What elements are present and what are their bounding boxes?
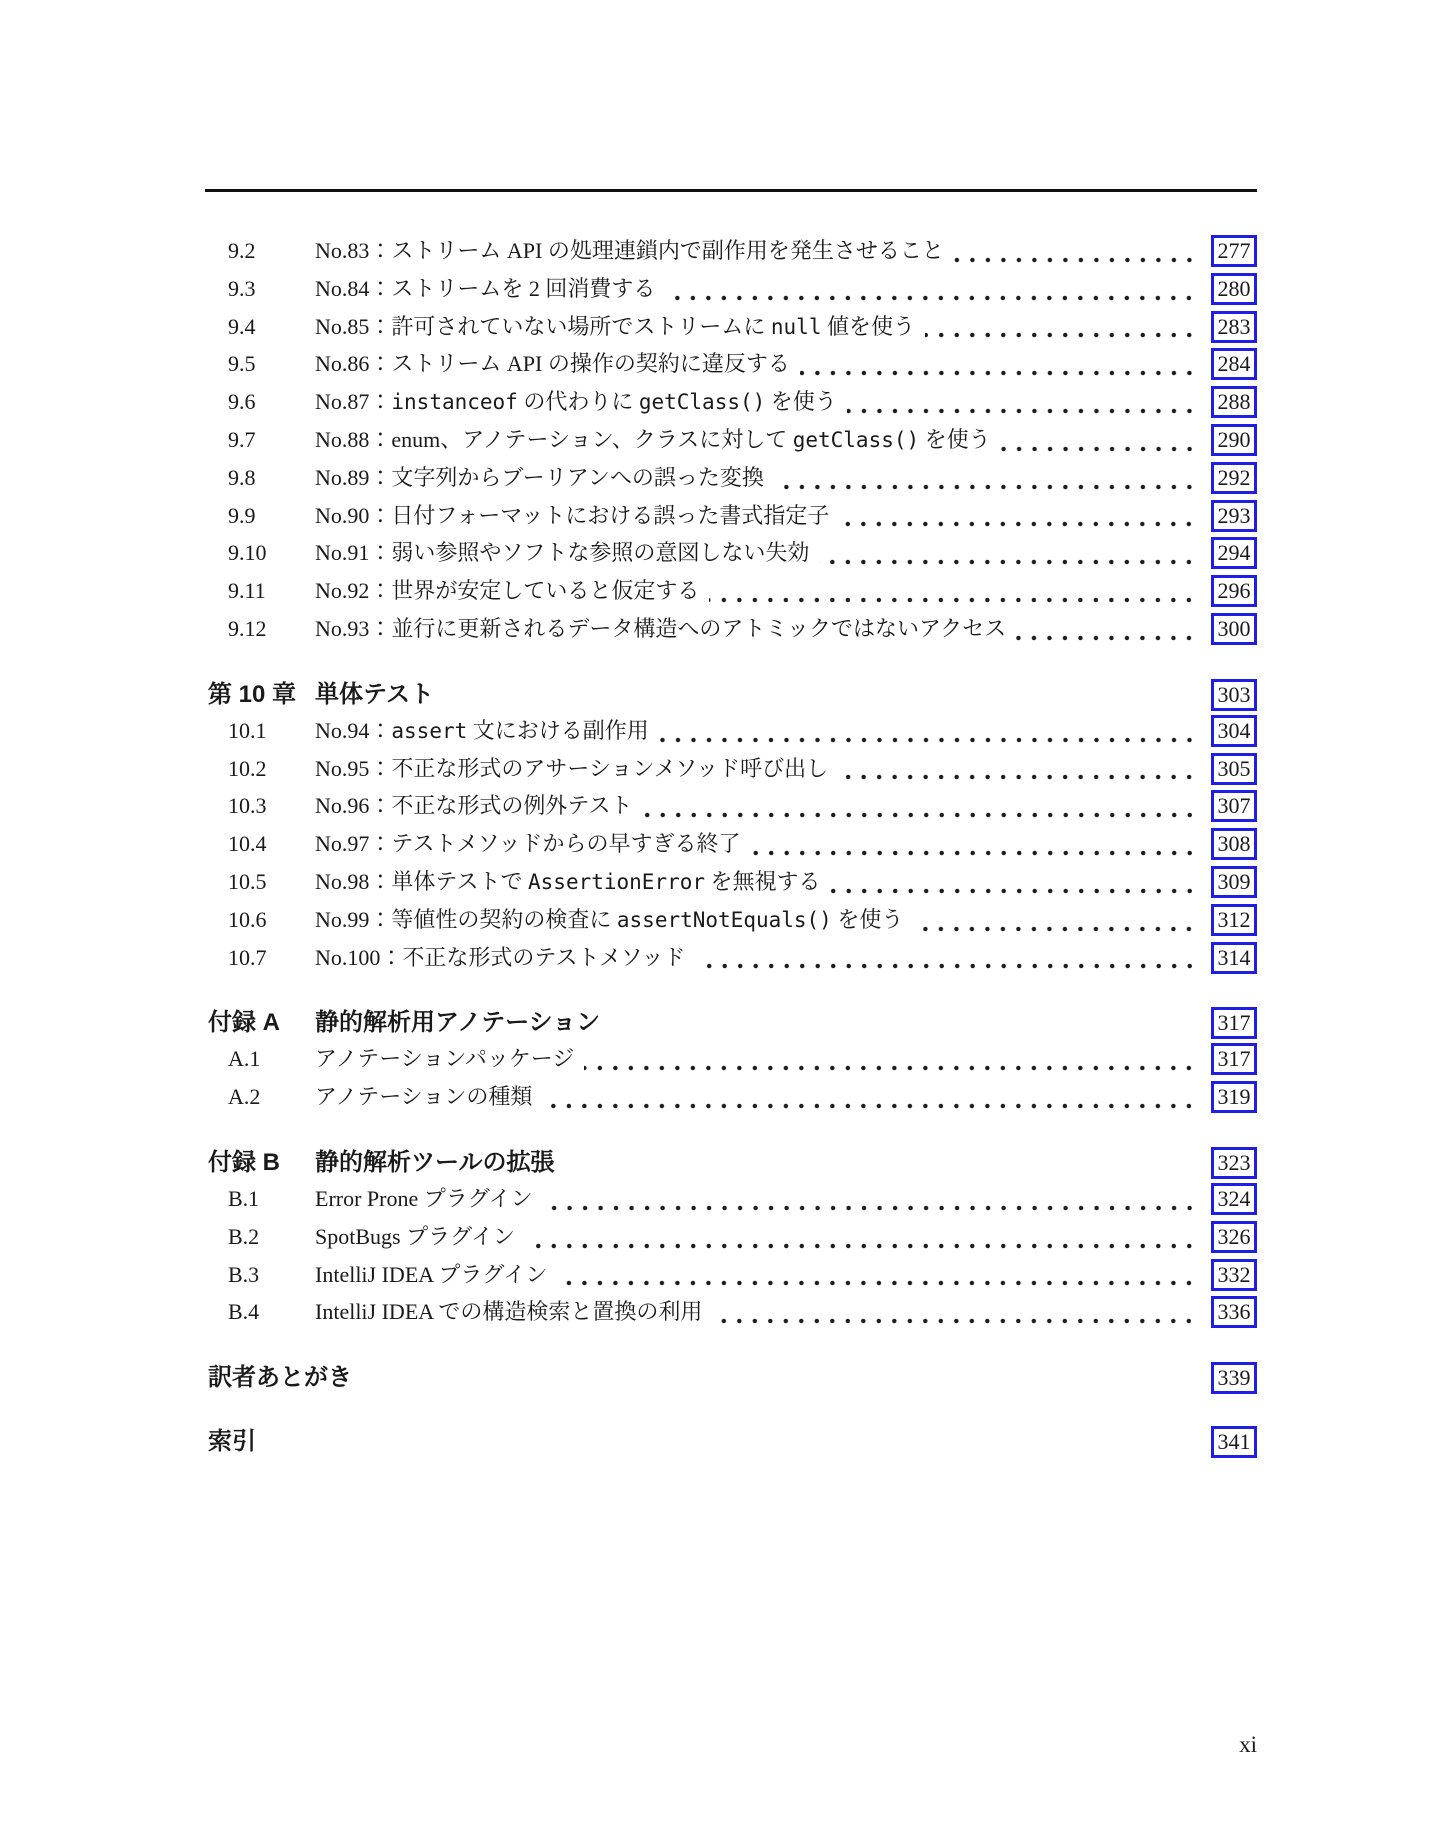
toc-entry-row[interactable]: 10.1No.94：assert 文における副作用304	[205, 714, 1257, 752]
toc-entry-title: No.98：単体テストで AssertionError を無視する	[315, 865, 821, 896]
toc-entry-number: A.2	[228, 1084, 315, 1110]
toc-chapter-row[interactable]: 第 10 章単体テスト303	[205, 674, 1257, 714]
toc-entry-title: No.100：不正な形式のテストメソッド	[315, 941, 686, 972]
page-number-link[interactable]: 292	[1211, 462, 1257, 494]
page-number-link[interactable]: 341	[1211, 1426, 1257, 1458]
toc-entry-title: No.92：世界が安定していると仮定する	[315, 574, 699, 605]
toc-entry-row[interactable]: 9.7No.88：enum、アノテーション、クラスに対して getClass()…	[205, 423, 1257, 461]
dot-leader	[696, 959, 1197, 973]
inline-code: getClass()	[793, 428, 919, 452]
toc-chapter-label: 付録 A	[208, 1002, 315, 1037]
toc-entry-row[interactable]: B.2SpotBugs プラグイン326	[205, 1220, 1257, 1258]
dot-leader	[542, 1099, 1197, 1113]
toc-entry-row[interactable]: 9.2No.83：ストリーム API の処理連鎖内で副作用を発生させること277	[205, 234, 1257, 272]
inline-code: null	[771, 315, 822, 339]
toc-entry-row[interactable]: B.3IntelliJ IDEA プラグイン332	[205, 1258, 1257, 1296]
toc-entry-number: B.2	[228, 1224, 315, 1250]
toc-entry-row[interactable]: 10.5No.98：単体テストで AssertionError を無視する309	[205, 865, 1257, 903]
toc-chapter-title: 訳者あとがき	[208, 1357, 352, 1392]
dot-leader	[774, 480, 1197, 494]
page-number-link[interactable]: 308	[1211, 828, 1257, 860]
toc-entry-row[interactable]: 10.7No.100：不正な形式のテストメソッド314	[205, 941, 1257, 979]
toc-entry-row[interactable]: 10.6No.99：等値性の契約の検査に assertNotEquals() を…	[205, 903, 1257, 941]
toc-entry-number: 9.10	[228, 540, 315, 566]
toc-entry-row[interactable]: 9.12No.93：並行に更新されるデータ構造へのアトミックではないアクセス30…	[205, 612, 1257, 650]
page-number-link[interactable]: 312	[1211, 904, 1257, 936]
dot-leader	[712, 1314, 1197, 1328]
toc-chapter-title: 静的解析用アノテーション	[315, 1002, 600, 1037]
toc-entry-row[interactable]: 10.4No.97：テストメソッドからの早すぎる終了308	[205, 827, 1257, 865]
toc-entry-title: No.86：ストリーム API の操作の契約に違反する	[315, 347, 790, 378]
dot-leader	[800, 366, 1197, 380]
dot-leader	[584, 1061, 1197, 1075]
toc-entry-title: No.84：ストリームを 2 回消費する	[315, 272, 655, 303]
toc-entry-number: 10.6	[228, 907, 315, 933]
toc-entry-title: No.90：日付フォーマットにおける誤った書式指定子	[315, 499, 829, 530]
page-number-link[interactable]: 332	[1211, 1259, 1257, 1291]
page-number-link[interactable]: 305	[1211, 753, 1257, 785]
toc-entry-title: No.99：等値性の契約の検査に assertNotEquals() を使う	[315, 903, 903, 934]
header-rule	[205, 189, 1257, 192]
dot-leader	[665, 291, 1197, 305]
dot-leader	[557, 1276, 1197, 1290]
page-number-link[interactable]: 336	[1211, 1296, 1257, 1328]
toc-entry-number: 10.5	[228, 869, 315, 895]
toc-entry-title: No.95：不正な形式のアサーションメソッド呼び出し	[315, 752, 828, 783]
page-number-link[interactable]: 326	[1211, 1221, 1257, 1253]
inline-code: getClass()	[639, 390, 765, 414]
page-number-link[interactable]: 324	[1211, 1183, 1257, 1215]
toc-entry-number: 9.4	[228, 314, 315, 340]
toc-entry-number: 9.6	[228, 389, 315, 415]
toc-entry-title: No.88：enum、アノテーション、クラスに対して getClass() を使…	[315, 423, 991, 454]
toc-entry-number: 9.8	[228, 465, 315, 491]
toc-chapter-title: 単体テスト	[315, 674, 434, 709]
page-number-link[interactable]: 283	[1211, 311, 1257, 343]
toc-entry-number: 10.3	[228, 793, 315, 819]
page-number-link[interactable]: 303	[1211, 679, 1257, 711]
toc-entry-title: Error Prone プラグイン	[315, 1182, 533, 1213]
toc-entry-title: No.83：ストリーム API の処理連鎖内で副作用を発生させること	[315, 234, 944, 265]
toc-entry-row[interactable]: 9.11No.92：世界が安定していると仮定する296	[205, 574, 1257, 612]
dot-leader	[954, 253, 1197, 267]
toc-chapter-row[interactable]: 付録 B静的解析ツールの拡張323	[205, 1142, 1257, 1182]
page-number-link[interactable]: 288	[1211, 386, 1257, 418]
toc-entry-number: 9.5	[228, 351, 315, 377]
toc-entry-title: No.87：instanceof の代わりに getClass() を使う	[315, 385, 837, 416]
toc-entry-row[interactable]: 9.6No.87：instanceof の代わりに getClass() を使う…	[205, 385, 1257, 423]
toc-entry-number: 9.7	[228, 427, 315, 453]
toc-chapter-title: 静的解析ツールの拡張	[315, 1142, 555, 1177]
toc-entry-row[interactable]: B.4IntelliJ IDEA での構造検索と置換の利用336	[205, 1295, 1257, 1333]
toc-entry-row[interactable]: A.2アノテーションの種類319	[205, 1080, 1257, 1118]
toc-entry-title: IntelliJ IDEA プラグイン	[315, 1258, 547, 1289]
dot-leader	[925, 328, 1197, 342]
inline-code: assertNotEquals()	[617, 908, 832, 932]
page-number-link[interactable]: 280	[1211, 273, 1257, 305]
dot-leader	[839, 517, 1197, 531]
dot-leader	[819, 555, 1197, 569]
toc-entry-row[interactable]: 10.2No.95：不正な形式のアサーションメソッド呼び出し305	[205, 752, 1257, 790]
toc-entry-title: IntelliJ IDEA での構造検索と置換の利用	[315, 1295, 702, 1326]
page-number-link[interactable]: 277	[1211, 235, 1257, 267]
toc-entry-row[interactable]: 10.3No.96：不正な形式の例外テスト307	[205, 789, 1257, 827]
toc-chapter-row[interactable]: 索引341	[205, 1421, 1257, 1461]
toc-entry-row[interactable]: B.1Error Prone プラグイン324	[205, 1182, 1257, 1220]
page-number-link[interactable]: 339	[1211, 1362, 1257, 1394]
toc-entry-row[interactable]: 9.4No.85：許可されていない場所でストリームに null 値を使う283	[205, 310, 1257, 348]
dot-leader	[1016, 631, 1197, 645]
toc-chapter-label: 第 10 章	[208, 674, 315, 709]
page-number-link[interactable]: 296	[1211, 575, 1257, 607]
toc-entry-number: 9.3	[228, 276, 315, 302]
dot-leader	[543, 1201, 1197, 1215]
dot-leader	[838, 770, 1197, 784]
toc-entry-number: 9.9	[228, 503, 315, 529]
toc-entry-number: B.3	[228, 1262, 315, 1288]
page-number-link[interactable]: 300	[1211, 613, 1257, 645]
toc-entry-row[interactable]: 9.10No.91：弱い参照やソフトな参照の意図しない失効294	[205, 536, 1257, 574]
toc-entry-title: アノテーションの種類	[315, 1080, 532, 1111]
toc-entry-number: 10.4	[228, 831, 315, 857]
dot-leader	[913, 922, 1197, 936]
toc-entry-title: SpotBugs プラグイン	[315, 1220, 515, 1251]
table-of-contents: 9.2No.83：ストリーム API の処理連鎖内で副作用を発生させること277…	[205, 234, 1257, 1461]
dot-leader	[643, 808, 1197, 822]
toc-entry-row[interactable]: 9.3No.84：ストリームを 2 回消費する280	[205, 272, 1257, 310]
page-number-link[interactable]: 294	[1211, 537, 1257, 569]
toc-chapter-row[interactable]: 付録 A静的解析用アノテーション317	[205, 1002, 1257, 1042]
inline-code: instanceof	[391, 390, 517, 414]
page-number-link[interactable]: 309	[1211, 866, 1257, 898]
page-number-link[interactable]: 293	[1211, 500, 1257, 532]
toc-entry-title: No.91：弱い参照やソフトな参照の意図しない失効	[315, 536, 809, 567]
toc-entry-number: B.1	[228, 1186, 315, 1212]
toc-entry-number: 10.2	[228, 756, 315, 782]
toc-entry-title: No.96：不正な形式の例外テスト	[315, 789, 633, 820]
toc-entry-number: B.4	[228, 1299, 315, 1325]
page-number-link[interactable]: 307	[1211, 790, 1257, 822]
toc-entry-number: 9.12	[228, 616, 315, 642]
toc-entry-row[interactable]: 9.5No.86：ストリーム API の操作の契約に違反する284	[205, 347, 1257, 385]
toc-chapter-label: 付録 B	[208, 1142, 315, 1177]
dot-leader	[709, 593, 1197, 607]
toc-entry-row[interactable]: A.1アノテーションパッケージ317	[205, 1042, 1257, 1080]
dot-leader	[1001, 442, 1197, 456]
page-number-link[interactable]: 314	[1211, 942, 1257, 974]
toc-entry-title: No.85：許可されていない場所でストリームに null 値を使う	[315, 310, 915, 341]
toc-entry-number: 10.1	[228, 718, 315, 744]
page-number-link[interactable]: 319	[1211, 1081, 1257, 1113]
dot-leader	[751, 846, 1197, 860]
inline-code: AssertionError	[528, 870, 705, 894]
footer-page-number: xi	[1239, 1732, 1257, 1758]
toc-entry-number: 9.2	[228, 238, 315, 264]
toc-entry-title: No.93：並行に更新されるデータ構造へのアトミックではないアクセス	[315, 612, 1006, 643]
toc-entry-number: 9.11	[228, 578, 315, 604]
toc-chapter-title: 索引	[208, 1421, 256, 1456]
page-number-link[interactable]: 284	[1211, 348, 1257, 380]
toc-entry-row[interactable]: 9.8No.89：文字列からブーリアンへの誤った変換292	[205, 461, 1257, 499]
dot-leader	[847, 404, 1197, 418]
toc-entry-row[interactable]: 9.9No.90：日付フォーマットにおける誤った書式指定子293	[205, 499, 1257, 537]
page-number-link[interactable]: 323	[1211, 1147, 1257, 1179]
page-number-link[interactable]: 290	[1211, 424, 1257, 456]
toc-chapter-row[interactable]: 訳者あとがき339	[205, 1357, 1257, 1397]
inline-code: assert	[391, 719, 467, 743]
toc-entry-title: No.97：テストメソッドからの早すぎる終了	[315, 827, 741, 858]
toc-entry-number: 10.7	[228, 945, 315, 971]
dot-leader	[831, 884, 1197, 898]
toc-entry-title: No.94：assert 文における副作用	[315, 714, 649, 745]
toc-entry-title: No.89：文字列からブーリアンへの誤った変換	[315, 461, 764, 492]
page-number-link[interactable]: 317	[1211, 1043, 1257, 1075]
page-number-link[interactable]: 317	[1211, 1007, 1257, 1039]
toc-entry-title: アノテーションパッケージ	[315, 1042, 574, 1073]
dot-leader	[525, 1239, 1197, 1253]
dot-leader	[659, 733, 1197, 747]
page-number-link[interactable]: 304	[1211, 715, 1257, 747]
toc-entry-number: A.1	[228, 1046, 315, 1072]
